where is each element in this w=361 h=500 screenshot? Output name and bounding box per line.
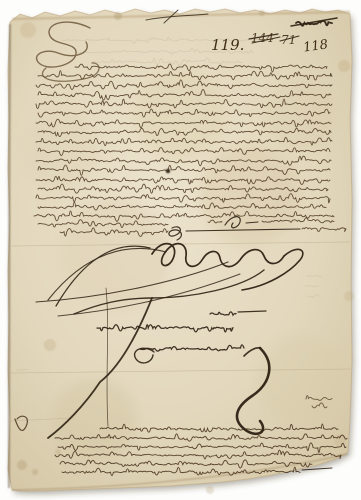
folio-number-crossed-b: 71 (281, 33, 296, 47)
stain-spot (114, 12, 122, 20)
stain-spot (206, 486, 214, 494)
folio-number-crossed-a: 144 (251, 31, 274, 45)
left-edge-shadow (9, 24, 10, 488)
stain-spot (344, 291, 354, 301)
stain-spot (20, 22, 36, 38)
folio-number-current: 119. (211, 36, 244, 54)
stain-spot (338, 60, 350, 72)
stain-spot (259, 10, 265, 16)
tone-patch (255, 335, 345, 425)
stain-spot (44, 339, 56, 351)
stain-spot (32, 469, 38, 475)
stain-spot (334, 434, 346, 446)
stain-spot (55, 449, 61, 455)
manuscript-photo: 119. 144 71 118 (0, 0, 361, 500)
stain-spot (17, 460, 27, 470)
photo-canvas: 119. 144 71 118 (0, 0, 361, 500)
